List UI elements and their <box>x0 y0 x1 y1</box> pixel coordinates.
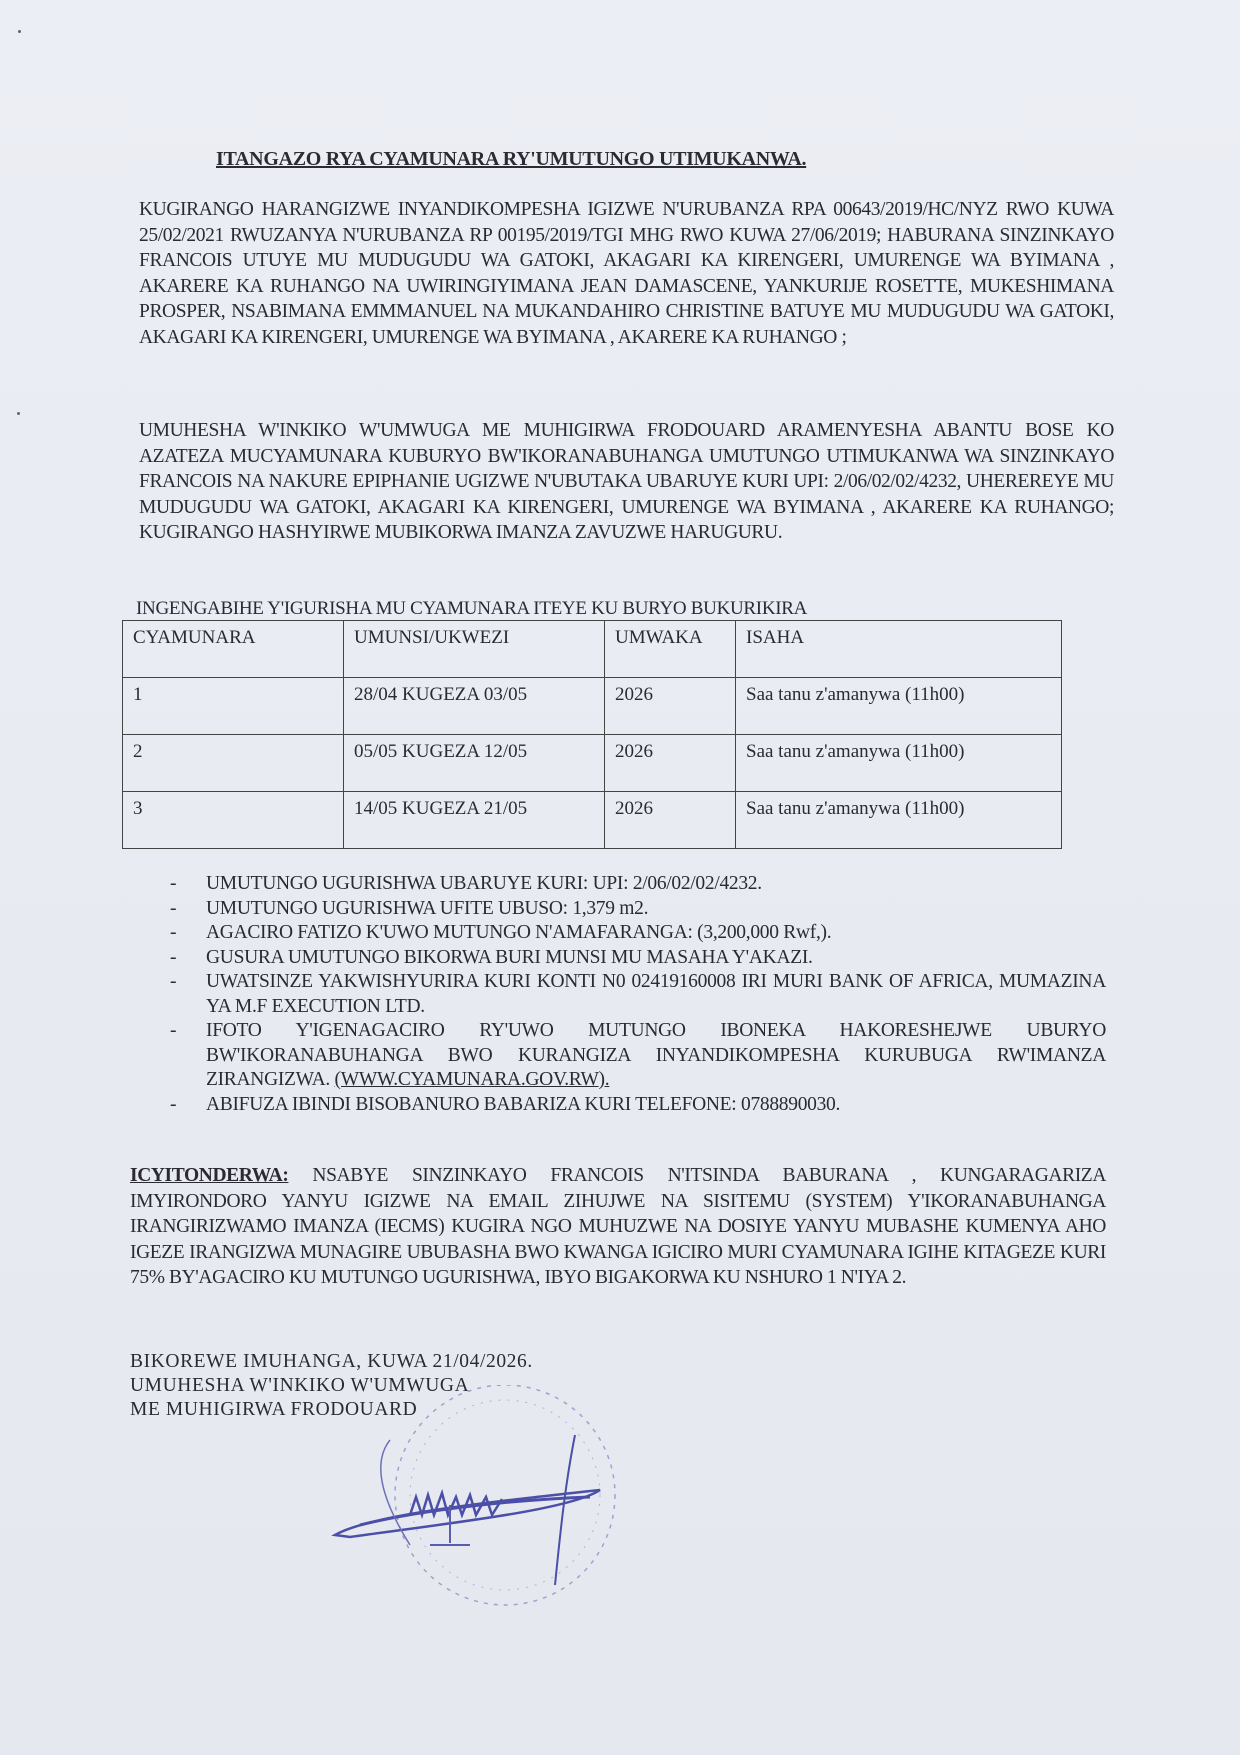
list-item-visit: GUSURA UMUTUNGO BIKORWA BURI MUNSI MU MA… <box>168 946 1106 971</box>
cell-auction: 2 <box>123 735 344 792</box>
auction-schedule-table: CYAMUNARA UMUNSI/UKWEZI UMWAKA ISAHA 1 2… <box>122 620 1062 849</box>
list-item-valuation-photo: IFOTO Y'IGENAGACIRO RY'UWO MUTUNGO IBONE… <box>168 1019 1106 1093</box>
document-title: ITANGAZO RYA CYAMUNARA RY'UMUTUNGO UTIMU… <box>216 148 806 171</box>
scan-speck <box>17 412 20 415</box>
cell-year: 2026 <box>605 735 736 792</box>
table-row: 1 28/04 KUGEZA 03/05 2026 Saa tanu z'ama… <box>123 678 1062 735</box>
cell-time: Saa tanu z'amanywa (11h00) <box>736 792 1062 849</box>
property-details-list: UMUTUNGO UGURISHWA UBARUYE KURI: UPI: 2/… <box>168 872 1106 1117</box>
cell-date: 05/05 KUGEZA 12/05 <box>344 735 605 792</box>
cell-auction: 3 <box>123 792 344 849</box>
cell-year: 2026 <box>605 678 736 735</box>
signature-place-date: BIKOREWE IMUHANGA, KUWA 21/04/2026. <box>130 1350 533 1374</box>
table-header-row: CYAMUNARA UMUNSI/UKWEZI UMWAKA ISAHA <box>123 621 1062 678</box>
notice-paragraph: ICYITONDERWA: NSABYE SINZINKAYO FRANCOIS… <box>130 1163 1106 1291</box>
header-date: UMUNSI/UKWEZI <box>344 621 605 678</box>
cell-time: Saa tanu z'amanywa (11h00) <box>736 735 1062 792</box>
cyamunara-website-link[interactable]: (WWW.CYAMUNARA.GOV.RW). <box>335 1069 610 1090</box>
document-page: ITANGAZO RYA CYAMUNARA RY'UMUTUNGO UTIMU… <box>0 0 1240 1755</box>
table-row: 2 05/05 KUGEZA 12/05 2026 Saa tanu z'ama… <box>123 735 1062 792</box>
list-item-upi: UMUTUNGO UGURISHWA UBARUYE KURI: UPI: 2/… <box>168 872 1106 897</box>
schedule-caption: INGENGABIHE Y'IGURISHA MU CYAMUNARA ITEY… <box>136 598 807 620</box>
list-item-payment-account: UWATSINZE YAKWISHYURIRA KURI KONTI N0 02… <box>168 970 1106 1019</box>
cell-date: 28/04 KUGEZA 03/05 <box>344 678 605 735</box>
paragraph-case-reference: KUGIRANGO HARANGIZWE INYANDIKOMPESHA IGI… <box>139 197 1114 350</box>
cell-auction: 1 <box>123 678 344 735</box>
header-auction: CYAMUNARA <box>123 621 344 678</box>
paragraph-auction-announcement: UMUHESHA W'INKIKO W'UMWUGA ME MUHIGIRWA … <box>139 418 1114 546</box>
list-item-base-value: AGACIRO FATIZO K'UWO MUTUNGO N'AMAFARANG… <box>168 921 1106 946</box>
cell-time: Saa tanu z'amanywa (11h00) <box>736 678 1062 735</box>
scan-speck <box>18 30 21 33</box>
list-item-contact-phone: ABIFUZA IBINDI BISOBANURO BABARIZA KURI … <box>168 1093 1106 1118</box>
list-item-area: UMUTUNGO UGURISHWA UFITE UBUSO: 1,379 m2… <box>168 897 1106 922</box>
notice-label: ICYITONDERWA: <box>130 1165 288 1186</box>
official-stamp-signature-icon <box>330 1385 620 1615</box>
cell-date: 14/05 KUGEZA 21/05 <box>344 792 605 849</box>
cell-year: 2026 <box>605 792 736 849</box>
table-row: 3 14/05 KUGEZA 21/05 2026 Saa tanu z'ama… <box>123 792 1062 849</box>
header-time: ISAHA <box>736 621 1062 678</box>
header-year: UMWAKA <box>605 621 736 678</box>
